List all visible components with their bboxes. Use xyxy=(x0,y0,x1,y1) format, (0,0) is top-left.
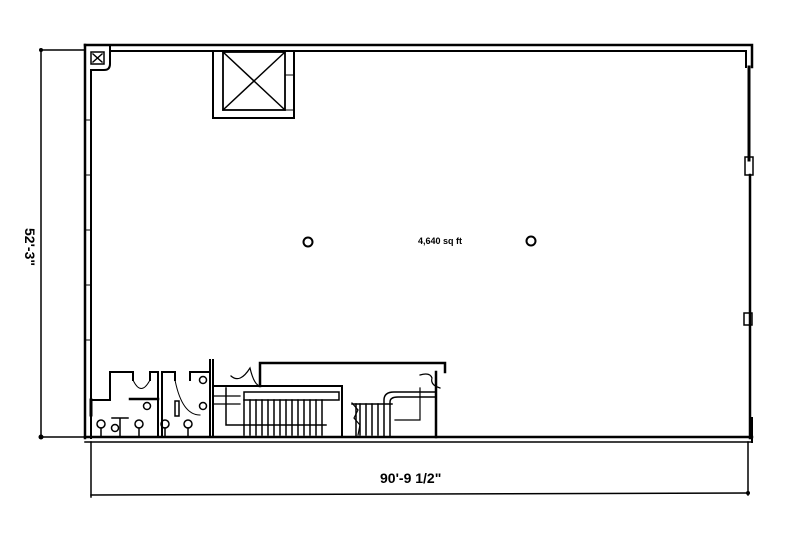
width-dimension: 90'-9 1/2" xyxy=(380,470,441,486)
column-icon xyxy=(304,238,313,247)
column-icon xyxy=(527,237,536,246)
area-label: 4,640 sq ft xyxy=(418,236,462,246)
restrooms xyxy=(91,360,213,437)
stairwell-right-icon xyxy=(352,372,440,437)
dimension-lines xyxy=(41,50,748,497)
height-dimension: 52'-3" xyxy=(22,228,38,266)
corner-shaft-icon xyxy=(85,45,110,70)
floor-plan-drawing xyxy=(0,0,800,537)
stairwell-left-icon xyxy=(213,363,445,437)
elevator-icon xyxy=(213,51,294,118)
